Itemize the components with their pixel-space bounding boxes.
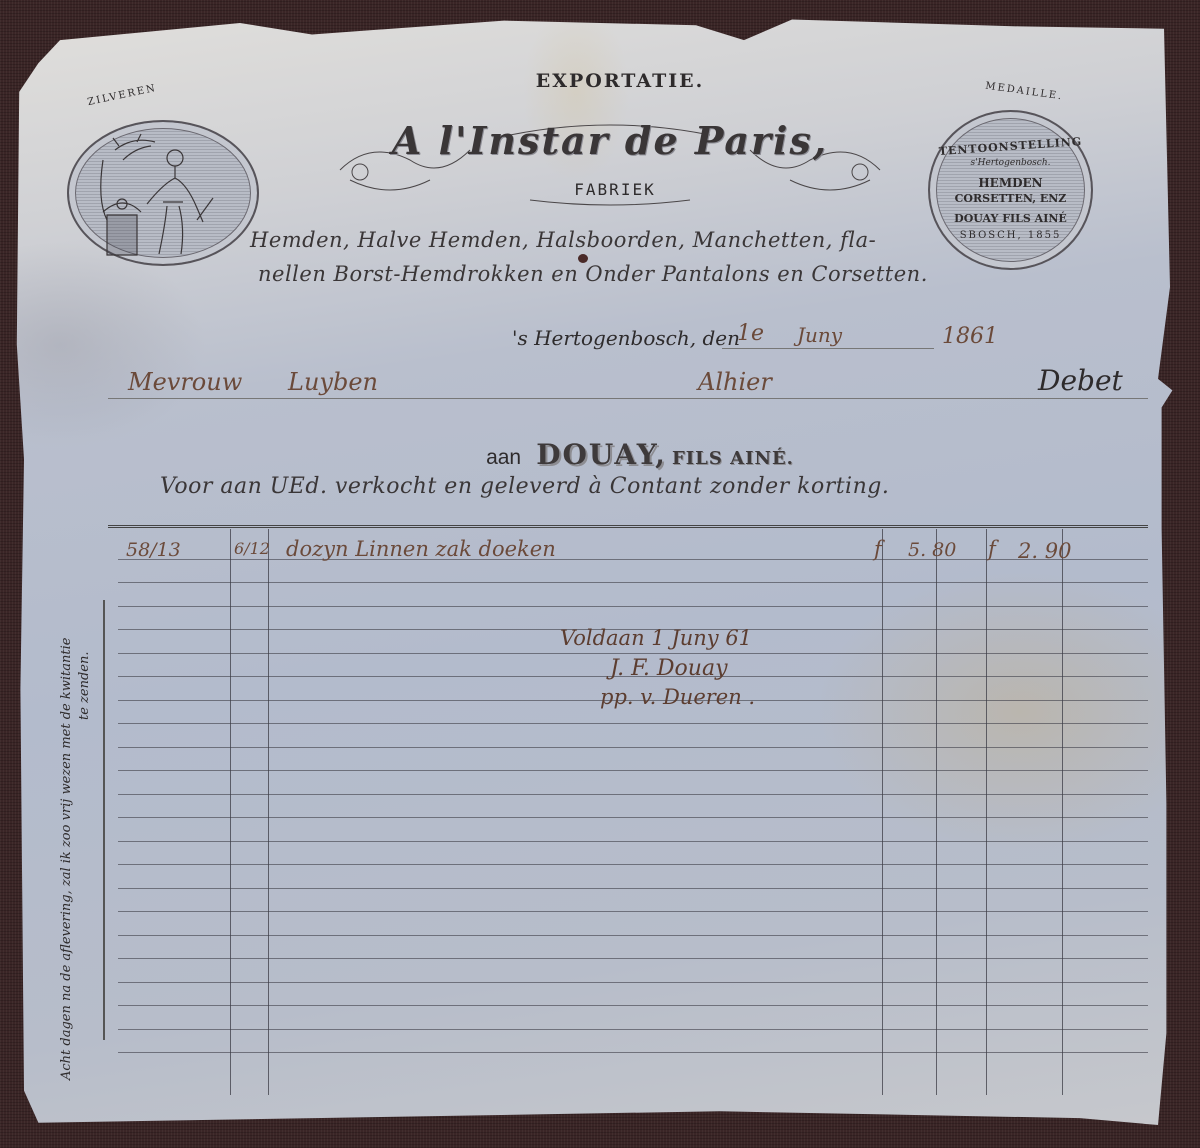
row-total-currency: f bbox=[988, 537, 996, 561]
ledger-row-rule bbox=[118, 1005, 1148, 1006]
ledger-row-rule bbox=[118, 935, 1148, 936]
ledger-row-rule bbox=[118, 1052, 1148, 1053]
medal-city: s'Hertogenbosch. bbox=[928, 158, 1093, 168]
ledger-top-rule bbox=[108, 525, 1148, 528]
brand-name: A l'Instar de Paris, bbox=[340, 118, 880, 163]
date-day: 1e bbox=[737, 321, 764, 346]
company-line: aan DOUAY, FILS AINÉ. bbox=[0, 438, 1200, 471]
header-fabriek: FABRIEK bbox=[0, 180, 1200, 199]
row-total: 2. 90 bbox=[1018, 539, 1071, 563]
header-exportatie: EXPORTATIE. bbox=[0, 70, 1200, 92]
ledger-row-rule bbox=[118, 582, 1148, 583]
side-note-line-1: Acht dagen na de aflevering, zal ik zoo … bbox=[58, 638, 76, 1080]
side-note: Acht dagen na de aflevering, zal ik zoo … bbox=[58, 638, 94, 1080]
ledger-row-rule bbox=[118, 794, 1148, 795]
col-divider bbox=[1062, 529, 1063, 1095]
sale-terms: Voor aan UEd. verkocht en geleverd à Con… bbox=[160, 474, 1060, 499]
company-suffix: FILS AINÉ. bbox=[672, 448, 794, 469]
ink-blot bbox=[578, 254, 588, 263]
col-divider bbox=[986, 529, 987, 1095]
ledger-row-rule bbox=[118, 958, 1148, 959]
ledger-row-rule bbox=[118, 770, 1148, 771]
col-divider bbox=[936, 529, 937, 1095]
ledger-row-rule bbox=[118, 982, 1148, 983]
ledger-row-rule bbox=[118, 888, 1148, 889]
ledger-row-rule bbox=[118, 864, 1148, 865]
row-price: 5. 80 bbox=[908, 539, 956, 561]
debet-label: Debet bbox=[1038, 364, 1123, 397]
date-month: Juny bbox=[797, 323, 842, 347]
col-divider bbox=[882, 529, 883, 1095]
ledger-row-rule bbox=[118, 1029, 1148, 1030]
place-label: 's Hertogenbosch, den bbox=[512, 326, 740, 350]
products-line-1: Hemden, Halve Hemden, Halsboorden, Manch… bbox=[250, 228, 1010, 252]
ledger-row-rule bbox=[118, 911, 1148, 912]
receipt-signature: Voldaan 1 Juny 61 J. F. Douay pp. v. Due… bbox=[560, 626, 755, 709]
medal-line-3: DOUAY FILS AINÉ bbox=[928, 212, 1093, 225]
addressee-line: Mevrouw Luyben Alhier Debet bbox=[108, 360, 1168, 404]
ledger-row-rule bbox=[118, 723, 1148, 724]
date-year: 1861 bbox=[942, 324, 998, 349]
ledger-table: 58/13 6/12 dozyn Linnen zak doeken f 5. … bbox=[108, 525, 1148, 1125]
row-qty: 6/12 bbox=[234, 539, 270, 558]
ledger-row-rule bbox=[118, 817, 1148, 818]
col-divider bbox=[268, 529, 269, 1095]
addressee-city: Alhier bbox=[698, 368, 772, 396]
ledger-row-rule bbox=[118, 841, 1148, 842]
company-name: DOUAY, bbox=[536, 438, 667, 471]
products-line-2: nellen Borst-Hemdrokken en Onder Pantalo… bbox=[258, 262, 1018, 286]
ledger-row-rule bbox=[118, 747, 1148, 748]
receipt-signer: J. F. Douay bbox=[610, 656, 755, 681]
side-note-line-2: te zenden. bbox=[76, 638, 94, 1080]
addressee-rule bbox=[108, 398, 1148, 399]
receipt-paid: Voldaan 1 Juny 61 bbox=[560, 626, 755, 650]
invoice-paper: ZILVEREN MEDAILLE. TENTOONSTELLING s'Her… bbox=[0, 0, 1200, 1148]
addressee-title: Mevrouw bbox=[128, 368, 242, 396]
side-margin-rule bbox=[103, 600, 105, 1040]
ledger-row-rule bbox=[118, 606, 1148, 607]
company-prefix: aan bbox=[486, 446, 521, 469]
col-divider bbox=[230, 529, 231, 1095]
row-description: dozyn Linnen zak doeken bbox=[286, 537, 556, 561]
date-rule bbox=[722, 348, 934, 349]
addressee-name: Luyben bbox=[288, 368, 378, 396]
row-ref: 58/13 bbox=[126, 539, 181, 561]
place-date-line: 's Hertogenbosch, den 1e Juny 1861 bbox=[512, 326, 1012, 356]
receipt-per-procurationem: pp. v. Dueren . bbox=[600, 685, 755, 709]
row-price-currency: f bbox=[874, 537, 882, 561]
